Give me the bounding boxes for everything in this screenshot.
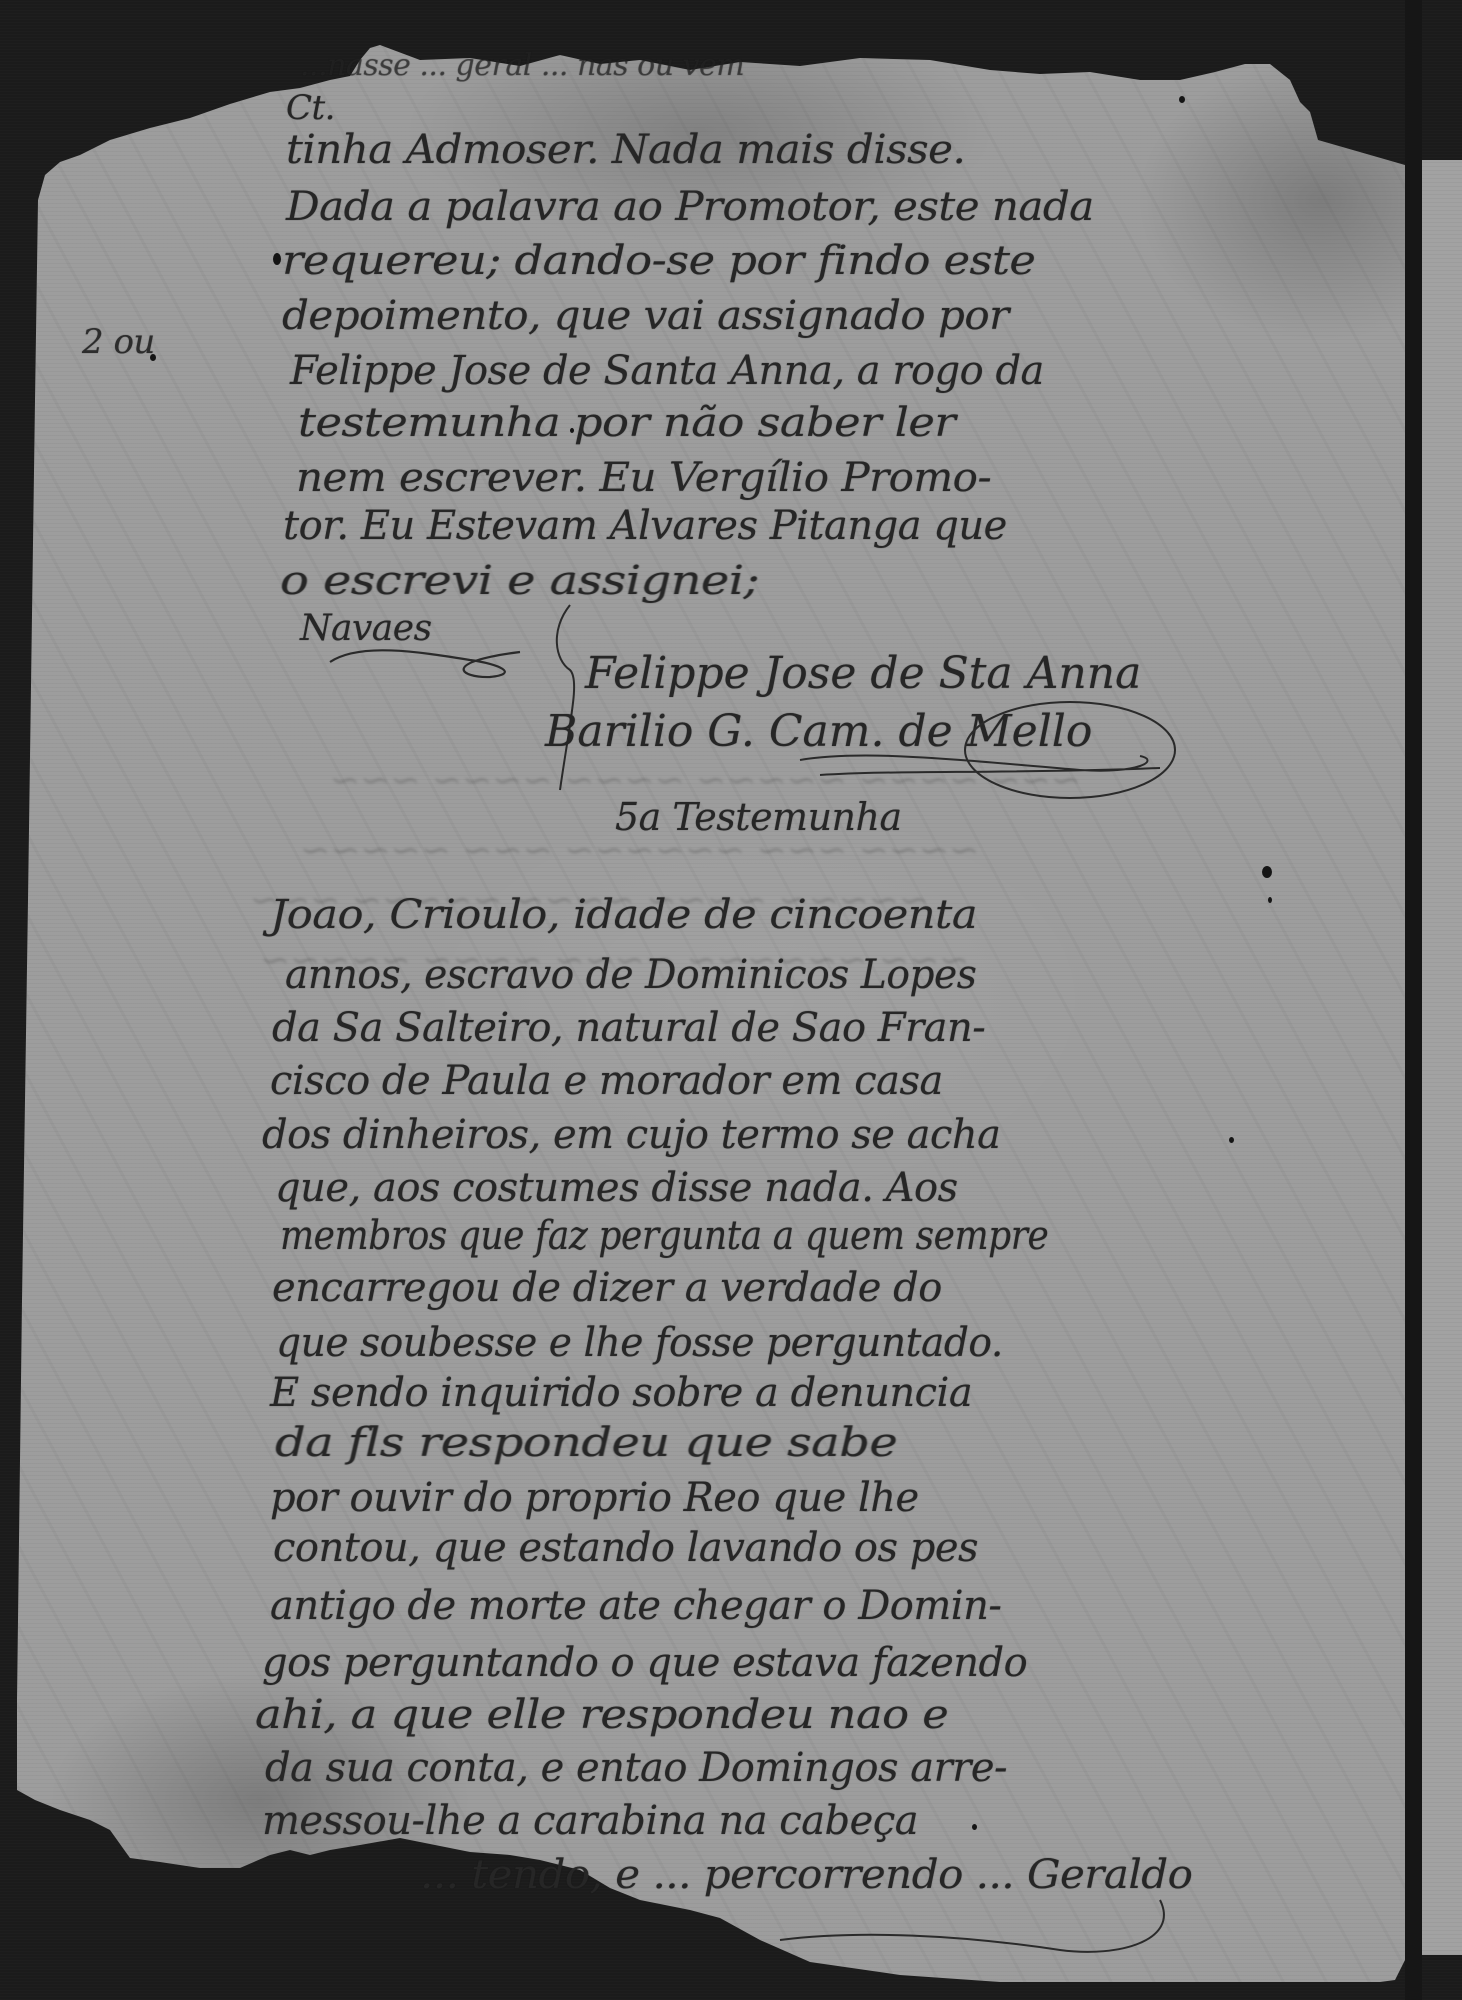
manuscript-page: ~~~ ~~~~ ~~~~~ ~~~~ ~~~~ ~~~ ~~~~ ~~~ ~~… [0,0,1462,2000]
ink-spot [1268,897,1272,903]
text-line: o escrevi e assignei; [280,558,759,604]
text-line: encarregou de dizer a verdade do [272,1265,942,1311]
text-line: depoimento, que vai assignado por [282,293,1009,339]
text-line: antigo de morte ate chegar o Domin- [270,1583,1001,1629]
top-fragment-text: ...nasse ... geral ... nas ou vem [300,48,744,83]
text-line: Dada a palavra ao Promotor, este nada [286,184,1094,230]
ink-spot [1229,1137,1234,1143]
text-line: dos dinheiros, em cujo termo se acha [262,1112,1001,1158]
text-line: que, aos costumes disse nada. Aos [275,1165,958,1211]
ink-spot [1179,96,1185,103]
text-line: nem escrever. Eu Vergílio Promo- [296,455,991,501]
text-line: ... tendo, e ... percorrendo ... Geraldo [420,1852,1192,1898]
ink-spot [1262,866,1272,878]
top-left-mark: Ct. [286,88,335,128]
ink-spot [273,253,281,265]
text-line: contou, que estando lavando os pes [273,1525,978,1571]
text-line: messou-lhe a carabina na cabeça [262,1798,918,1844]
text-line: ahi, a que elle respondeu nao e [255,1692,948,1738]
text-line: da Sa Salteiro, natural de Sao Fran- [272,1005,985,1051]
adjacent-page-strip [1422,160,1462,1955]
signature-felippe: Felippe Jose de Sta Anna [585,648,1141,699]
text-line: tor. Eu Estevam Alvares Pitanga que [283,503,1007,549]
text-line: testemunha por não saber ler [298,400,955,446]
text-line: por ouvir do proprio Reo que lhe [270,1475,919,1521]
text-line: Joao, Crioulo, idade de cincoenta [270,892,977,938]
text-line: da sua conta, e entao Domingos arre- [265,1745,1007,1791]
page-gutter [1405,0,1422,2000]
margin-note: 2 ou [82,322,155,362]
text-line: membros que faz pergunta a quem sempre [280,1213,1048,1259]
text-line: Felippe Jose de Santa Anna, a rogo da [290,348,1044,394]
text-line: que soubesse e lhe fosse perguntado. [276,1320,1003,1366]
text-line: da fls respondeu que sabe [275,1420,897,1466]
text-line: tinha Admoser. Nada mais disse. [286,127,965,173]
text-line: cisco de Paula e morador em casa [270,1058,943,1104]
signature-barilio: Barilio G. Cam. de Mello [545,706,1092,757]
text-line: E sendo inquirido sobre a denuncia [270,1370,972,1416]
text-line: requereu; dando-se por findo este [282,238,1035,284]
text-line: gos perguntando o que estava fazendo [262,1640,1027,1686]
text-line: annos, escravo de Dominicos Lopes [285,952,976,998]
sign-off-text: Navaes [300,608,432,649]
ink-spot [972,1824,977,1830]
section-heading: 5a Testemunha [615,795,902,839]
